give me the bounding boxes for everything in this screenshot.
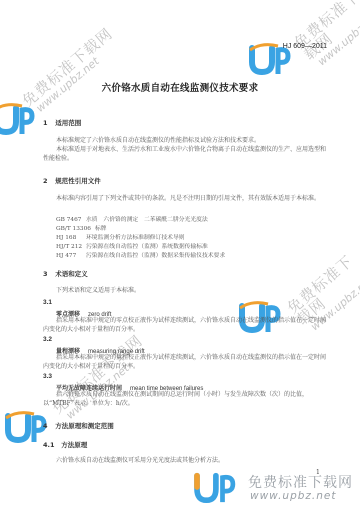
section-4-1-heading: 4.1 方法原理 (43, 440, 87, 449)
term-definition: 指采用本标准中规定的零点校正液作为试样连续测试，六价铬水质自动在线监测仪的指示值… (43, 317, 328, 334)
section-4-1-text: 六价铬水质自动在线监测仪可采用分光光度法或其他分析方法。 (43, 457, 328, 466)
section-1-paragraph: 本标准适用于对地表水、生活污水和工业废水中六价铬化合物离子自动在线监测仪的生产、… (43, 146, 328, 163)
section-3-intro: 下列术语和定义适用于本标准。 (43, 287, 328, 296)
document-page: 免费标准下载网 www.upbz.net 免费标准下载网 www.upbz.ne… (0, 0, 360, 509)
clause-number: 3.3 (43, 373, 52, 380)
up-logo-icon (4, 408, 48, 444)
up-logo-icon (0, 100, 36, 136)
section-2-heading: 2 规范性引用文件 (43, 176, 101, 185)
term-definition: 指六价铬水质自动在线监测仪在测试期间的总运行时间（小时）与发生故障次数（次）的比… (43, 391, 328, 408)
watermark-site-name: 免费标准下载网 (248, 472, 353, 492)
section-2-intro: 本标准内容引用了下列文件或其中的条款。凡是不注明日期的引用文件，其有效版本适用于… (43, 195, 328, 204)
standard-number: HJ 609—2011 (283, 43, 327, 50)
clause-number: 3.1 (43, 299, 52, 306)
document-title: 六价铬水质自动在线监测仪技术要求 (0, 80, 360, 94)
reference-item: HJ 477污染源在线自动监控（监测）数据采集传输仪技术要求 (56, 250, 225, 259)
footer-watermark: 免费标准下载网 www.upbz.net (192, 470, 360, 506)
reference-item: GB/T 13306标牌 (56, 223, 107, 232)
section-1-paragraph: 本标准规定了六价铬水质自动在线监测仪的性能指标及试验方法和技术要求。 (43, 137, 328, 146)
section-1-heading: 1 适用范围 (43, 118, 81, 127)
reference-item: HJ/T 212污染源在线自动监控（监测）系统数据传输标准 (56, 241, 208, 250)
term-definition: 指采用本标准中规定的量程校正液作为试样连续测试，六价铬水质自动在线监测仪的指示值… (43, 354, 328, 371)
clause-number: 3.2 (43, 336, 52, 343)
section-4-heading: 4 方法原理和测定范围 (43, 421, 114, 430)
up-logo-icon (192, 470, 236, 504)
reference-item: GB 7467水质 六价铬的测定 二苯碳酰二肼分光光度法 (56, 214, 208, 223)
section-3-heading: 3 术语和定义 (43, 269, 88, 278)
watermark-top-right: 免费标准下载网 www.upbz.net (292, 0, 360, 71)
reference-item: HJ 168环境监测分析方法标准制修订技术导则 (56, 232, 185, 241)
watermark-url: www.upbz.net (250, 490, 337, 502)
